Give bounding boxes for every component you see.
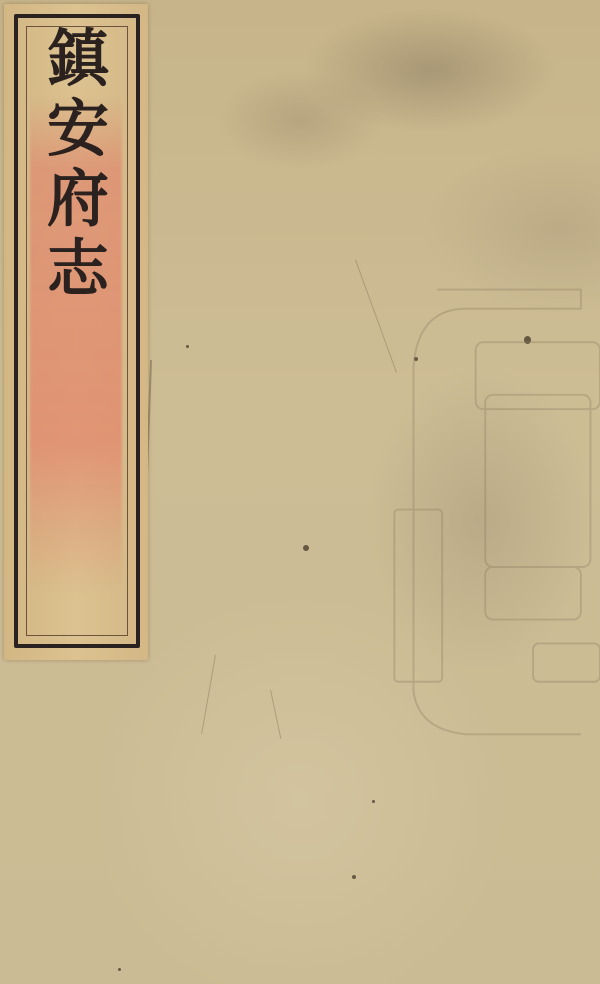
ink-spot [372,800,375,803]
paper-fiber [270,690,281,739]
ink-spot [186,345,189,348]
paper-fiber [355,260,397,373]
title-char: 安 [47,94,109,164]
title-char: 志 [47,234,109,304]
ink-spot [524,336,531,344]
paper-fiber [201,655,216,734]
ink-spot [118,968,121,971]
title-char: 府 [47,164,109,234]
book-cover: 鎮 安 府 志 [0,0,600,984]
book-title: 鎮 安 府 志 [34,24,122,304]
ink-spot [352,875,356,879]
ink-spot [303,545,309,551]
title-slip: 鎮 安 府 志 [4,4,148,660]
ink-spot [414,357,418,361]
title-char: 鎮 [47,24,109,94]
watermark-logo-icon [380,240,600,760]
